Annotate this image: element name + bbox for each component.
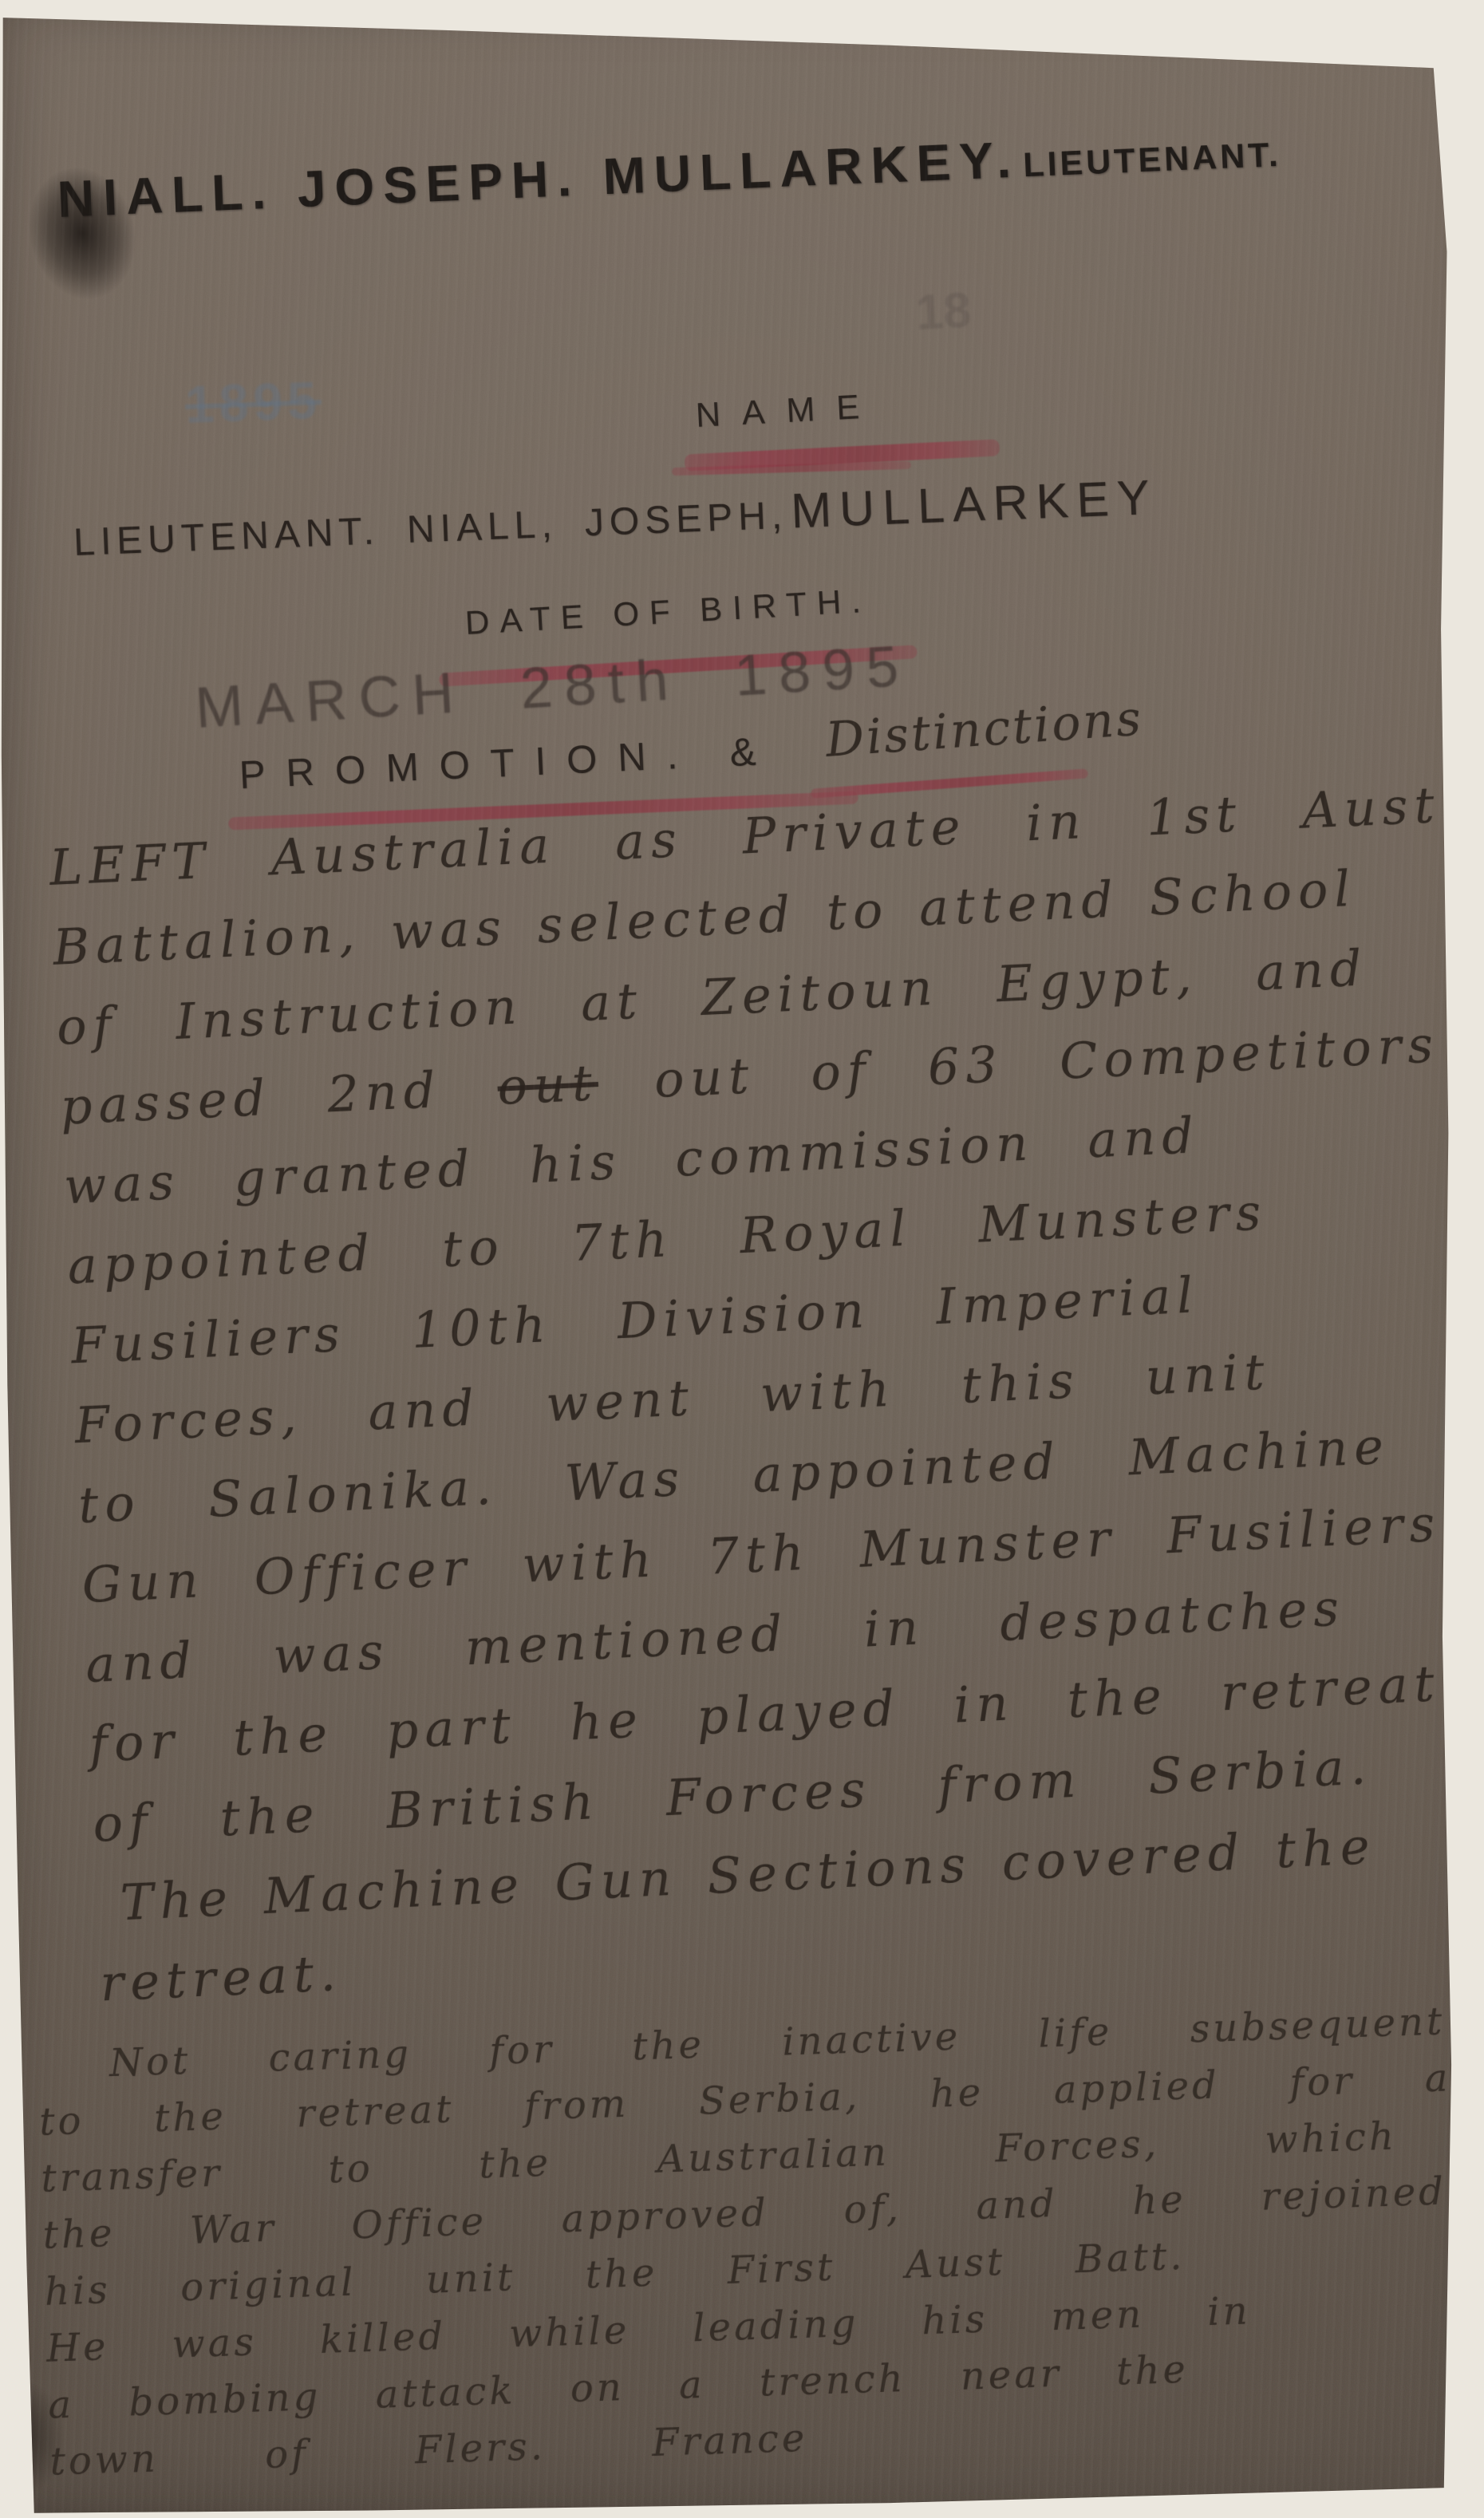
body-line: retreat. [99,1932,437,2027]
document-title-rank: LIEUTENANT. [1022,136,1281,185]
name-label: NAME [695,389,882,433]
body-paragraph-2: Not caring for the inactive life subsequ… [37,1995,1480,2492]
document-title: NIALL. JOSEPH. MULLARKEY. LIEUTENANT. [57,123,1282,225]
ghost-year: 18 [914,286,972,338]
body-paragraph-1: LEFT Australia as Private in 1st Aust Ba… [48,768,1484,2027]
name-value: LIEUTENANT. NIALL, JOSEPH, MULLARKEY [73,473,1158,563]
body-line-segment: passed 2nd [59,1058,499,1136]
dob-label: DATE OF BIRTH. [464,584,872,640]
name-value-prefix: LIEUTENANT. NIALL, JOSEPH, [73,495,788,564]
scanned-document-page: NIALL. JOSEPH. MULLARKEY. LIEUTENANT. 18… [0,0,1484,2518]
document-title-name: NIALL. JOSEPH. MULLARKEY. [56,131,1020,228]
distinctions-label: Distinctions [824,694,1145,764]
dob-value: MARCH 28th 1895 [194,637,912,737]
name-value-surname: MULLARKEY [790,470,1158,539]
record-card: NIALL. JOSEPH. MULLARKEY. LIEUTENANT. 18… [0,0,1484,2518]
promotion-label: PROMOTION. & [239,732,778,795]
crossed-out-word: out [496,1053,599,1116]
struck-year: 1895 [184,373,322,431]
